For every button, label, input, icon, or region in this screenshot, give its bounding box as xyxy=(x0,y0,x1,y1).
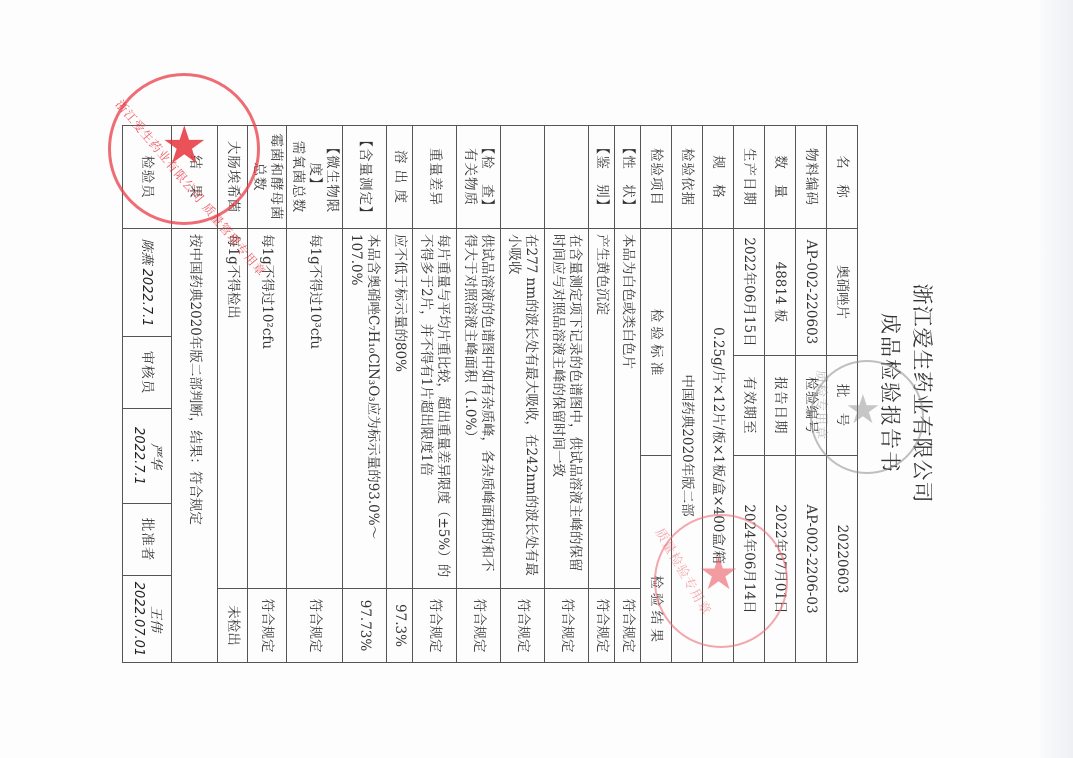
row-spec: 规 格 0.25g/片×12片/板×1板/盒×400盒/箱 xyxy=(703,126,734,663)
test-result: 97.73% xyxy=(343,589,387,663)
row-material-code: 物料编码 AP-002-220603 检验编号 AP-002-2206-03 xyxy=(796,126,827,663)
row-name: 名 称 奥硝唑片 批 号 20220603 xyxy=(827,126,858,663)
test-result: 符合规定 xyxy=(248,589,287,663)
production-date-value: 2022年06月15日 xyxy=(734,229,765,356)
test-item: 大肠埃希菌 xyxy=(218,126,248,229)
material-code-label: 物料编码 xyxy=(796,126,827,229)
row-column-headers: 检验项目 检 验 标 准 检 验 结 果 xyxy=(641,126,672,663)
basis-value: 中国药典2020年版二部 xyxy=(672,229,703,663)
test-standard: 本品为白色或类白色片 xyxy=(615,229,641,589)
quantity-value: 48814 板 xyxy=(765,229,796,356)
test-standard: 供试品溶液的色谱图中如有杂质峰，各杂质峰面积的和不得大于对照溶液主峰面积（1.0… xyxy=(457,229,501,589)
test-no-label: 检验编号 xyxy=(796,356,827,456)
batch-value: 20220603 xyxy=(827,456,858,663)
approver-label: 批准者 xyxy=(123,504,172,576)
row-conclusion: 结 果 按中国药典2020年版二部判断，结果：符合规定 xyxy=(172,126,218,663)
test-row: 【含量测定】本品含奥硝唑C₇H₁₀ClN₃O₃应为标示量的93.0%～107.0… xyxy=(343,126,387,663)
test-result: 符合规定 xyxy=(545,589,589,663)
tests-table: 【性 状】本品为白色或类白色片符合规定【鉴 别】产生黄色沉淀符合规定在含量测定项… xyxy=(171,125,641,663)
inspector-label: 检验员 xyxy=(123,126,172,229)
material-code-value: AP-002-220603 xyxy=(796,229,827,356)
scanned-page: 浙江爱生药业有限公司 成品检验报告书 名 称 奥硝唑片 批 号 20220603… xyxy=(0,0,1073,758)
test-row: 【性 状】本品为白色或类白色片符合规定 xyxy=(615,126,641,663)
production-date-label: 生产日期 xyxy=(734,126,765,229)
report-header: 浙江爱生药业有限公司 成品检验报告书 xyxy=(868,125,948,662)
row-quantity: 数 量 48814 板 报告日期 2022年07月01日 xyxy=(765,126,796,663)
test-item: 【检 查】 有关物质 xyxy=(457,126,501,229)
batch-label: 批 号 xyxy=(827,356,858,456)
test-standard: 每1g不得过10³cfu xyxy=(287,229,343,589)
test-standard: 每片重量与平均片重比较，超出重量差异限度（±5%）的不得多于2片，并不得有1片超… xyxy=(413,229,457,589)
test-row: 在含量测定项下记录的色谱图中，供试品溶液主峰的保留时间应与对照品溶液主峰的保留时… xyxy=(545,126,589,663)
conclusion-label: 结 果 xyxy=(172,126,218,229)
company-name: 浙江爱生药业有限公司 xyxy=(908,125,938,662)
test-result: 符合规定 xyxy=(589,589,615,663)
col-item: 检验项目 xyxy=(641,126,672,229)
scan-edge xyxy=(1040,0,1073,758)
row-basis: 检验依据 中国药典2020年版二部 xyxy=(672,126,703,663)
test-result: 符合规定 xyxy=(501,589,545,663)
test-row: 【微生物限度】 需氧菌总数每1g不得过10³cfu符合规定 xyxy=(287,126,343,663)
row-production-date: 生产日期 2022年06月15日 有效期至 2024年06月14日 xyxy=(734,126,765,663)
spec-value: 0.25g/片×12片/板×1板/盒×400盒/箱 xyxy=(703,229,734,663)
name-label: 名 称 xyxy=(827,126,858,229)
test-item: 【性 状】 xyxy=(615,126,641,229)
test-row: 大肠埃希菌每1g不得检出未检出 xyxy=(218,126,248,663)
inspection-report: 浙江爱生药业有限公司 成品检验报告书 名 称 奥硝唑片 批 号 20220603… xyxy=(213,125,858,662)
test-result: 符合规定 xyxy=(615,589,641,663)
test-row: 溶 出 度应不低于标示量的80%97.3% xyxy=(387,126,413,663)
reviewer-label: 审核员 xyxy=(123,337,172,409)
basis-label: 检验依据 xyxy=(672,126,703,229)
test-row: 【检 查】 有关物质供试品溶液的色谱图中如有杂质峰，各杂质峰面积的和不得大于对照… xyxy=(457,126,501,663)
test-item: 重量差异 xyxy=(413,126,457,229)
test-row: 重量差异每片重量与平均片重比较，超出重量差异限度（±5%）的不得多于2片，并不得… xyxy=(413,126,457,663)
conclusion-value: 按中国药典2020年版二部判断，结果：符合规定 xyxy=(172,229,218,663)
test-row: 【鉴 别】产生黄色沉淀符合规定 xyxy=(589,126,615,663)
inspector-signature: 陈燕 2022.7.1 xyxy=(123,229,172,337)
expiry-label: 有效期至 xyxy=(734,356,765,456)
test-standard: 应不低于标示量的80% xyxy=(387,229,413,589)
report-date-value: 2022年07月01日 xyxy=(765,456,796,663)
col-standard: 检 验 标 准 xyxy=(641,229,672,456)
test-result: 符合规定 xyxy=(413,589,457,663)
test-no-value: AP-002-2206-03 xyxy=(796,456,827,663)
name-value: 奥硝唑片 xyxy=(827,229,858,356)
test-item: 【含量测定】 xyxy=(343,126,387,229)
test-row: 在277 nm的波长处有最大吸收，在242nm的波长处有最小吸收符合规定 xyxy=(501,126,545,663)
row-signatures: 检验员 陈燕 2022.7.1 审核员 严华 2022.7.1 批准者 王伟 2… xyxy=(123,126,172,663)
spec-label: 规 格 xyxy=(703,126,734,229)
approver-signature: 王伟 2022.07.01 xyxy=(123,576,172,663)
test-result: 符合规定 xyxy=(457,589,501,663)
expiry-value: 2024年06月14日 xyxy=(734,456,765,663)
test-standard: 本品含奥硝唑C₇H₁₀ClN₃O₃应为标示量的93.0%～107.0% xyxy=(343,229,387,589)
test-item: 霉菌和酵母菌总数 xyxy=(248,126,287,229)
reviewer-signature: 严华 2022.7.1 xyxy=(123,409,172,504)
test-item: 【鉴 别】 xyxy=(589,126,615,229)
col-result: 检 验 结 果 xyxy=(641,456,672,663)
test-standard: 每1g不得检出 xyxy=(218,229,248,589)
report-title: 成品检验报告书 xyxy=(876,125,906,662)
test-row: 霉菌和酵母菌总数每1g不得过10²cfu符合规定 xyxy=(248,126,287,663)
test-result: 未检出 xyxy=(218,589,248,663)
test-item xyxy=(501,126,545,229)
test-item: 【微生物限度】 需氧菌总数 xyxy=(287,126,343,229)
test-result: 符合规定 xyxy=(287,589,343,663)
test-item xyxy=(545,126,589,229)
test-standard: 在含量测定项下记录的色谱图中，供试品溶液主峰的保留时间应与对照品溶液主峰的保留时… xyxy=(545,229,589,589)
report-date-label: 报告日期 xyxy=(765,356,796,456)
quantity-label: 数 量 xyxy=(765,126,796,229)
report-table: 名 称 奥硝唑片 批 号 20220603 物料编码 AP-002-220603… xyxy=(640,125,858,663)
test-result: 97.3% xyxy=(387,589,413,663)
test-standard: 在277 nm的波长处有最大吸收，在242nm的波长处有最小吸收 xyxy=(501,229,545,589)
test-item: 溶 出 度 xyxy=(387,126,413,229)
test-standard: 每1g不得过10²cfu xyxy=(248,229,287,589)
signature-table: 检验员 陈燕 2022.7.1 审核员 严华 2022.7.1 批准者 王伟 2… xyxy=(122,125,172,663)
test-standard: 产生黄色沉淀 xyxy=(589,229,615,589)
